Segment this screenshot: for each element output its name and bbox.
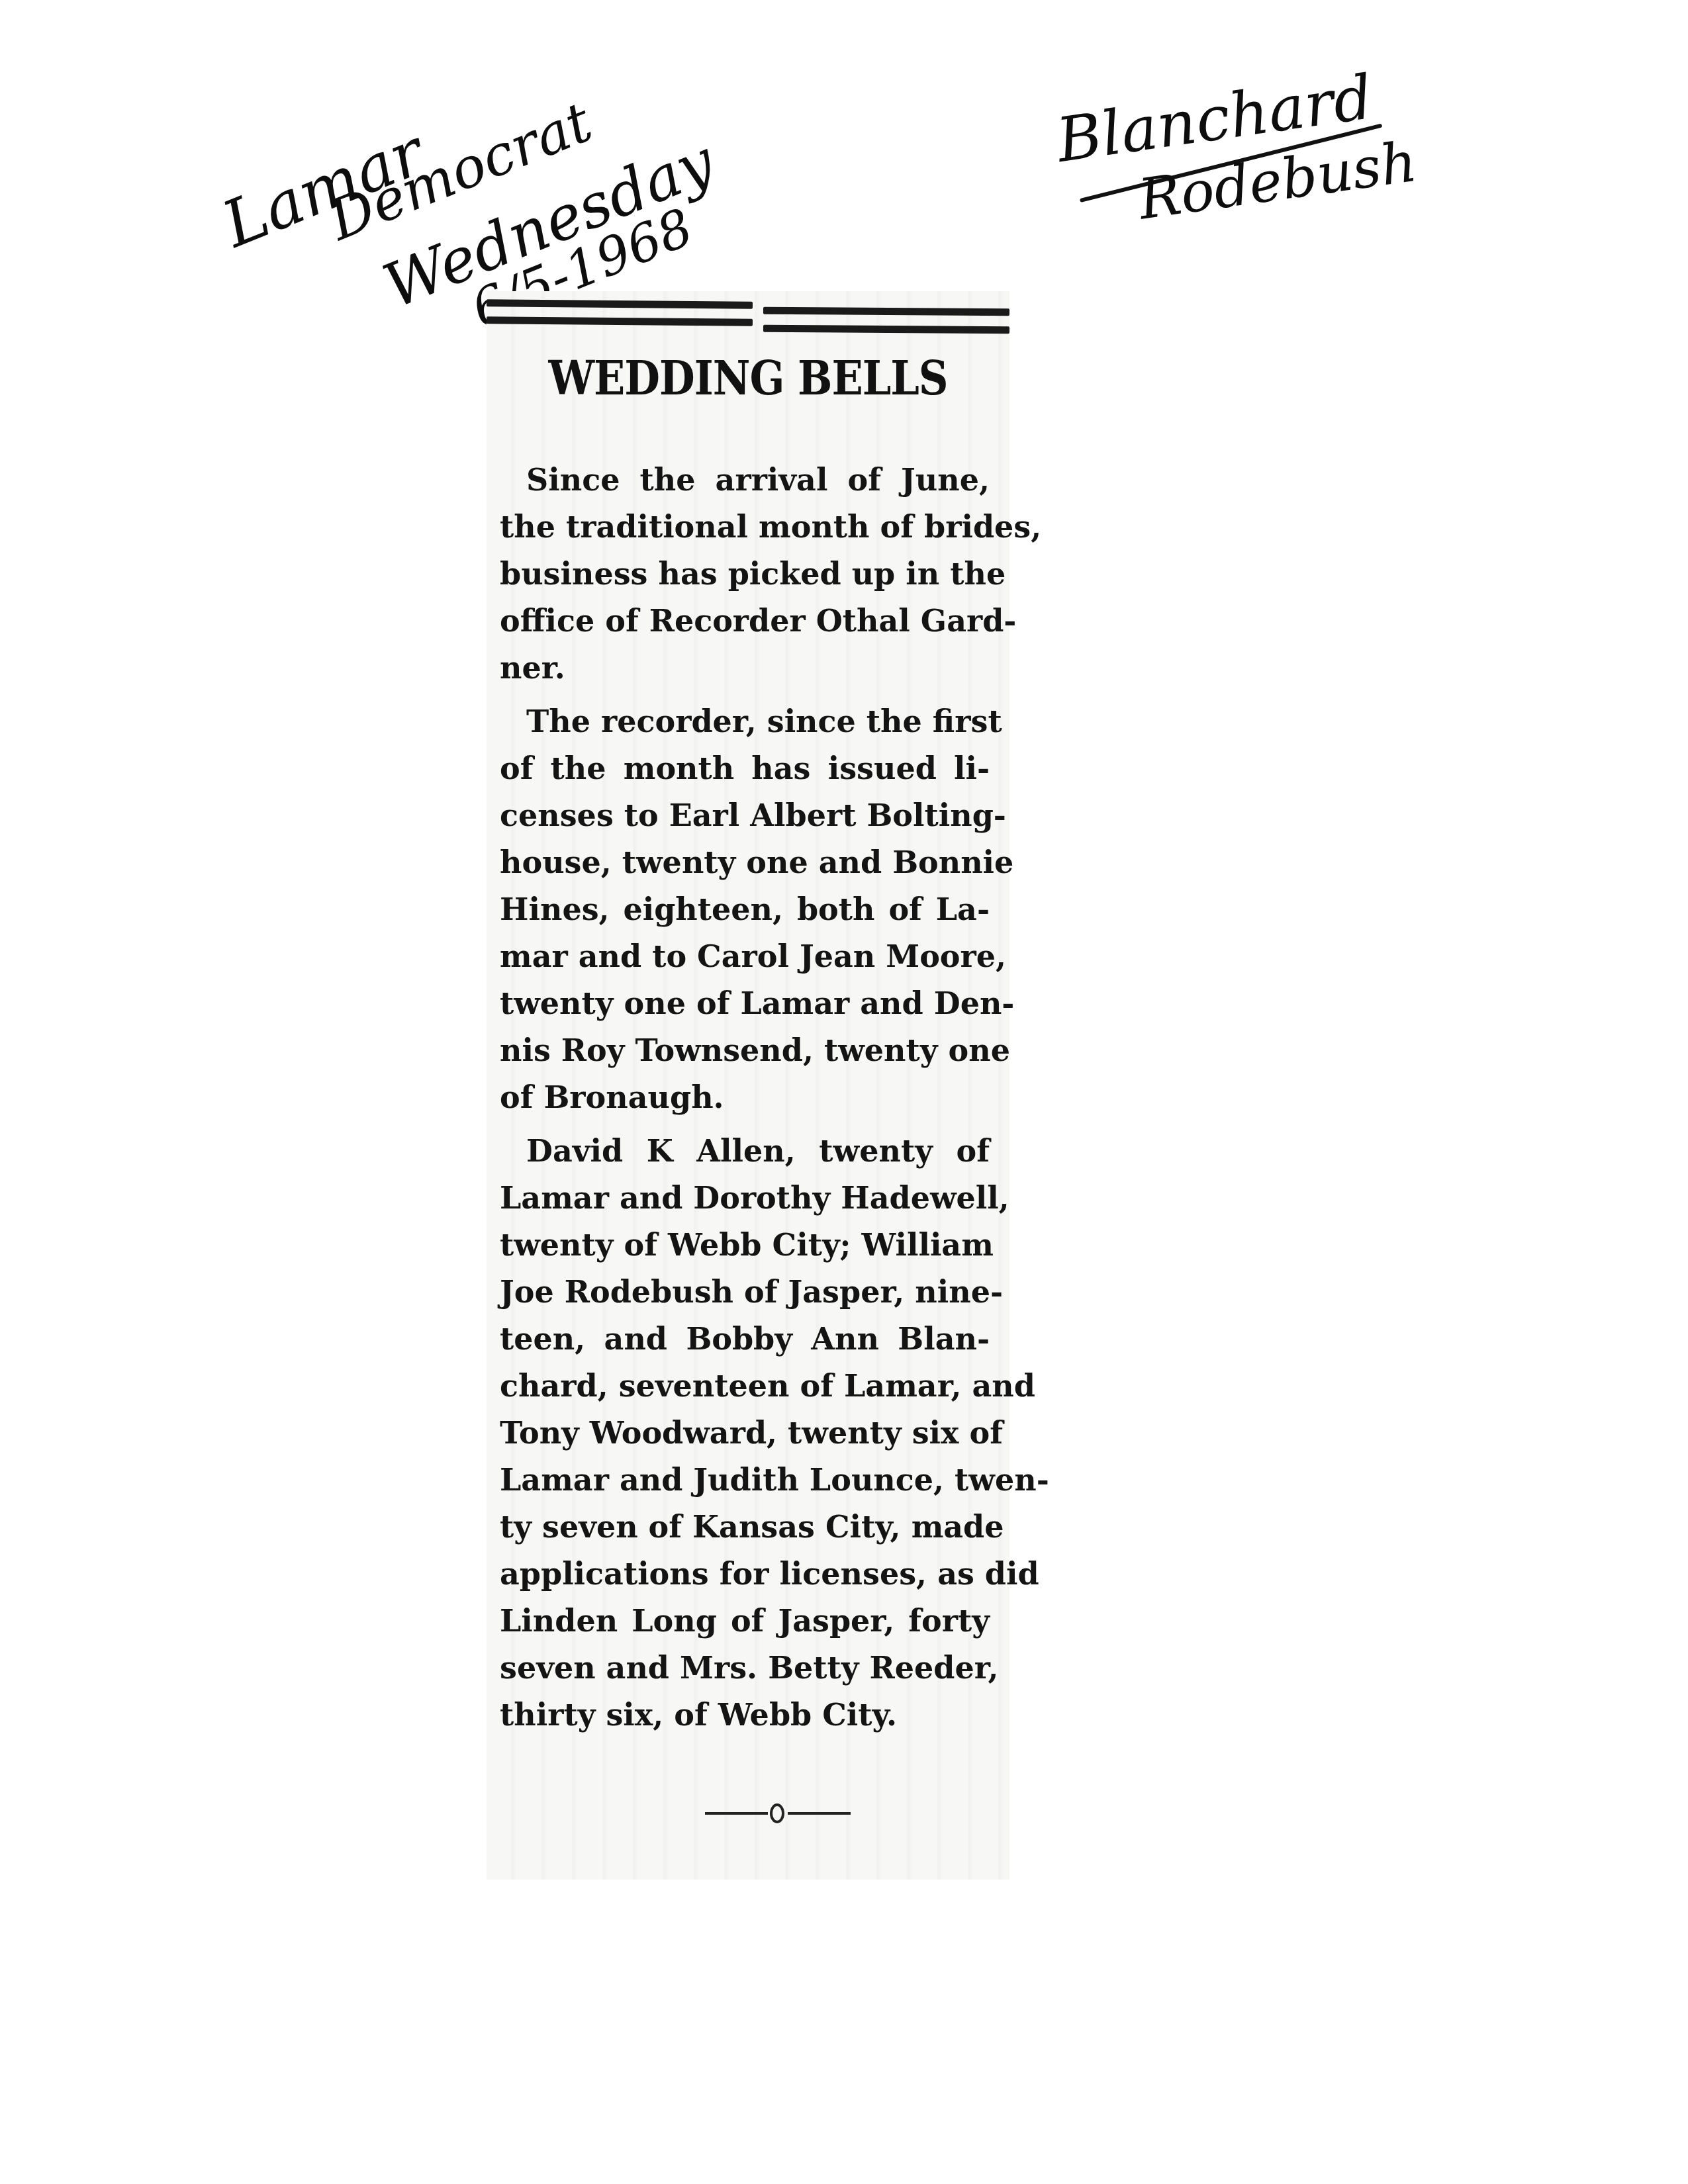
article-line: thirty six, of Webb City. [500, 1692, 990, 1739]
article-paragraph: Since the arrival of June,the traditiona… [500, 457, 990, 692]
article-line: censes to Earl Albert Bolting- [500, 792, 990, 839]
article-body: Since the arrival of June,the traditiona… [500, 457, 990, 1739]
article-line: Hines, eighteen, both of La- [500, 886, 990, 933]
scanned-page: Lamar Democrat Wednesday 6/5-1968 Blanch… [0, 0, 1688, 2184]
article-line: office of Recorder Othal Gard- [500, 598, 990, 645]
article-line: Linden Long of Jasper, forty [500, 1598, 990, 1645]
article-line: Since the arrival of June, [500, 457, 990, 504]
article-line: twenty one of Lamar and Den- [500, 980, 990, 1027]
article-line: applications for licenses, as did [500, 1551, 990, 1598]
article-line: twenty of Webb City; William [500, 1222, 990, 1269]
article-line: teen, and Bobby Ann Blan- [500, 1316, 990, 1363]
article-line: seven and Mrs. Betty Reeder, [500, 1645, 990, 1692]
article-line: of Bronaugh. [500, 1074, 990, 1121]
article-paragraph: David K Allen, twenty ofLamar and Doroth… [500, 1128, 990, 1739]
article-headline: WEDDING BELLS [487, 351, 1009, 406]
article-line: Lamar and Dorothy Hadewell, [500, 1175, 990, 1222]
article-line: the traditional month of brides, [500, 504, 990, 551]
article-line: mar and to Carol Jean Moore, [500, 933, 990, 980]
article-line: of the month has issued li- [500, 745, 990, 792]
article-line: business has picked up in the [500, 551, 990, 598]
article-line: Tony Woodward, twenty six of [500, 1410, 990, 1457]
article-line: Lamar and Judith Lounce, twen- [500, 1457, 990, 1504]
double-rule-divider [487, 291, 1009, 331]
article-line: chard, seventeen of Lamar, and [500, 1363, 990, 1410]
article-line: ty seven of Kansas City, made [500, 1504, 990, 1551]
article-line: The recorder, since the first [500, 698, 990, 745]
article-line: ner. [500, 645, 990, 692]
newspaper-clipping: WEDDING BELLS Since the arrival of June,… [487, 291, 1009, 1880]
article-line: David K Allen, twenty of [500, 1128, 990, 1175]
end-ornament [705, 1803, 851, 1823]
article-paragraph: The recorder, since the firstof the mont… [500, 698, 990, 1121]
article-line: house, twenty one and Bonnie [500, 839, 990, 886]
article-line: Joe Rodebush of Jasper, nine- [500, 1269, 990, 1316]
article-line: nis Roy Townsend, twenty one [500, 1027, 990, 1074]
